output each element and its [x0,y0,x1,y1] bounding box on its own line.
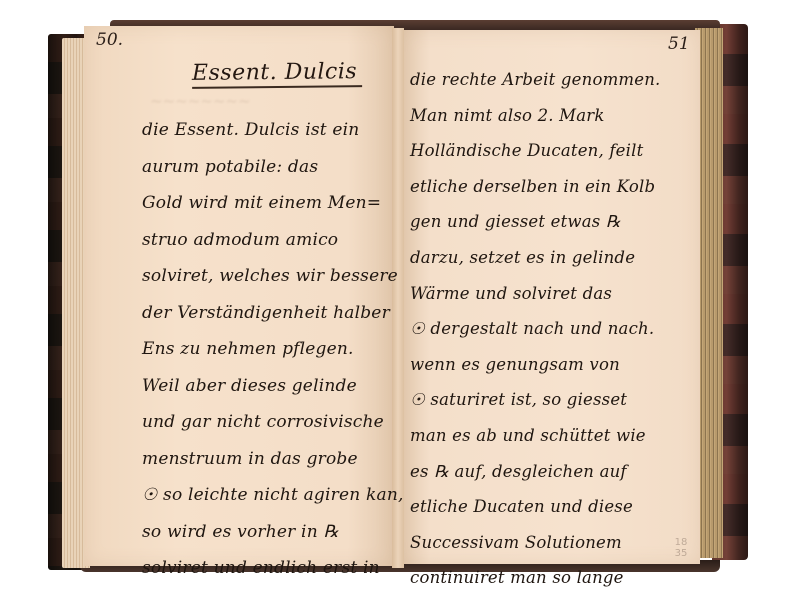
text-line: ☉ saturiret ist, so giesset [410,382,660,418]
text-line: wenn es genungsam von [410,347,660,383]
text-line: etliche derselben in ein Kolb [410,169,660,205]
text-line: die Essent. Dulcis ist ein [142,112,382,149]
text-line: Wärme und solviret das [410,276,660,312]
text-line: struo admodum amico [142,222,382,259]
left-page-text: die Essent. Dulcis ist ein aurum potabil… [142,112,382,587]
text-line: continuiret man so lange [410,560,660,596]
text-line: ☉ so leichte nicht agiren kan, [142,477,382,514]
open-manuscript-book: 50. 51 ~~~~~~~~ Essent. Dulcis die Essen… [0,0,789,600]
text-line: so wird es vorher in ℞ [142,514,382,551]
text-line: Ens zu nehmen pflegen. [142,331,382,368]
text-line: aurum potabile: das [142,149,382,186]
text-line: solviret, welches wir bessere [142,258,382,295]
text-line: solviret und endlich erst in [142,550,382,587]
text-line: gen und giesset etwas ℞ [410,204,660,240]
text-line: Man nimt also 2. Mark [410,98,660,134]
text-line: Gold wird mit einem Men= [142,185,382,222]
left-page-number: 50. [96,30,123,50]
text-line: darzu, setzet es in gelinde [410,240,660,276]
text-line: Successivam Solutionem [410,525,660,561]
text-line: es ℞ auf, desgleichen auf [410,454,660,490]
text-line: man es ab und schüttet wie [410,418,660,454]
text-line: menstruum in das grobe [142,441,382,478]
right-page-number: 51 [668,34,690,54]
bleed-through-text: ~~~~~~~~ [150,92,330,108]
text-line: Weil aber dieses gelinde [142,368,382,405]
pencil-note-line: 18 [672,537,690,548]
right-page-text: die rechte Arbeit genommen. Man nimt als… [410,62,660,596]
text-line: die rechte Arbeit genommen. [410,62,660,98]
text-line: der Verständigenheit halber [142,295,382,332]
text-line: Holländische Ducaten, feilt [410,133,660,169]
pencil-note-line: 35 [672,548,690,559]
text-line: etliche Ducaten und diese [410,489,660,525]
text-line: ☉ dergestalt nach und nach. [410,311,660,347]
chapter-heading: Essent. Dulcis [192,59,362,89]
text-line: und gar nicht corrosivische [142,404,382,441]
pencil-annotation: 18 35 [672,537,690,559]
